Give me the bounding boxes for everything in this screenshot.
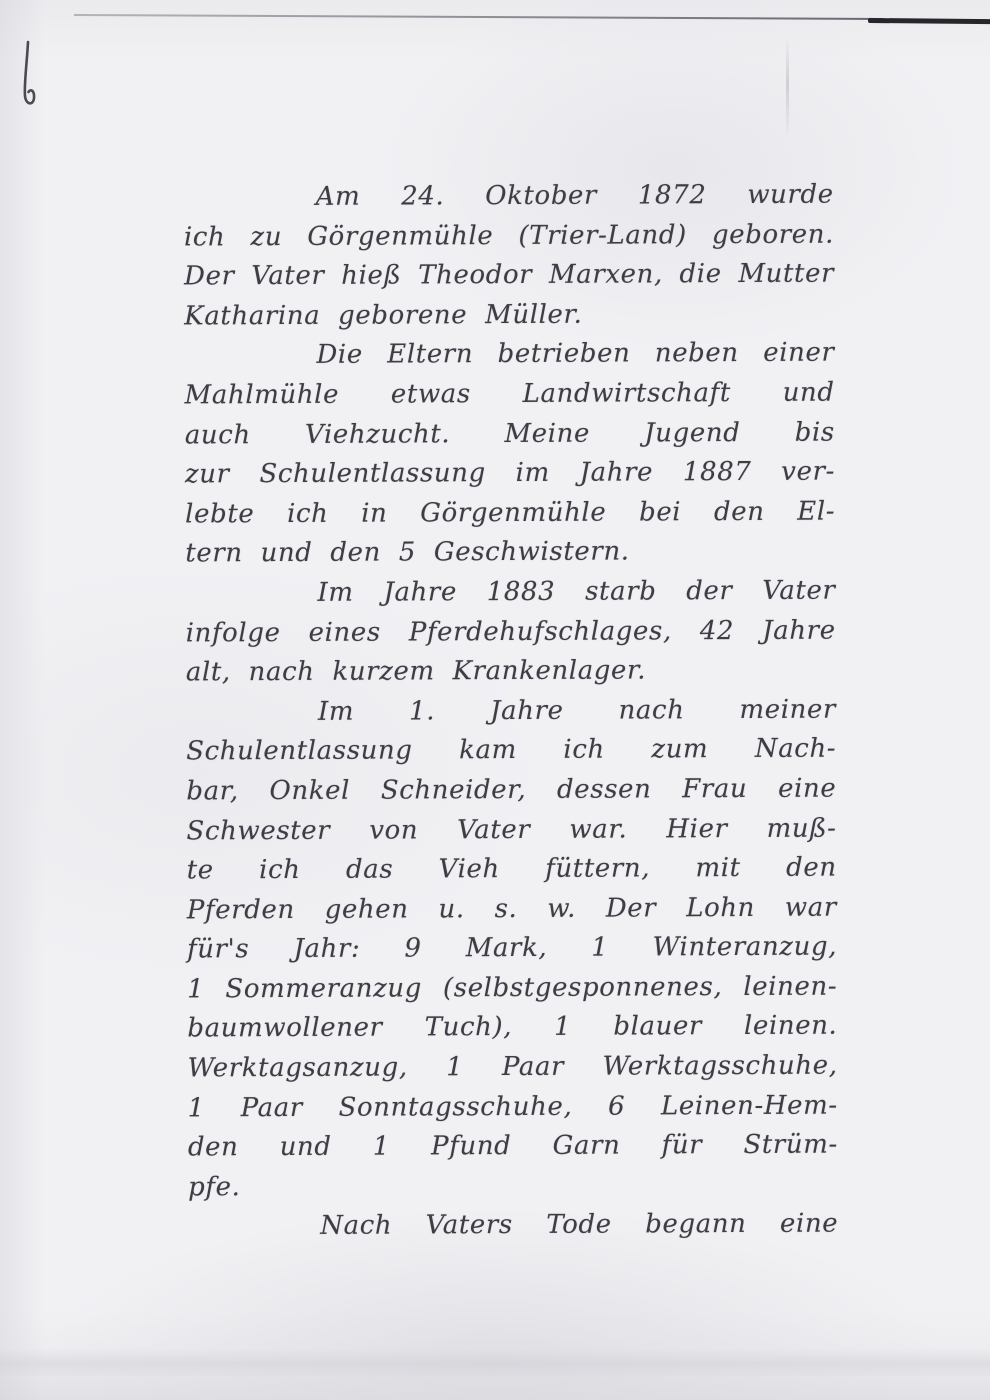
handwritten-line: Schwester von Vater war. Hier muß- <box>186 808 836 850</box>
handwritten-line: Mahlmühle etwas Landwirtschaft und <box>185 373 835 415</box>
handwritten-line: lebte ich in Görgenmühle bei den El- <box>185 491 835 533</box>
handwritten-line: Die Eltern betrieben neben einer <box>184 333 834 375</box>
handwritten-line: baumwollener Tuch), 1 blauer leinen. <box>187 1006 837 1048</box>
handwritten-line: tern und den 5 Geschwistern. <box>185 531 835 573</box>
handwritten-line: Am 24. Oktober 1872 wurde <box>184 175 834 217</box>
handwritten-text-block: Am 24. Oktober 1872 wurde ich zu Görgenm… <box>184 175 839 1247</box>
handwritten-line: pfe. <box>188 1164 838 1206</box>
handwritten-line: auch Viehzucht. Meine Jugend bis <box>185 412 835 454</box>
handwritten-line: Schulentlassung kam ich zum Nach- <box>186 729 836 771</box>
handwritten-line: 1 Paar Sonntagsschuhe, 6 Leinen-Hem- <box>188 1085 838 1127</box>
handwritten-line: alt, nach kurzem Krankenlager. <box>186 650 836 692</box>
scan-shading-band <box>0 1348 990 1376</box>
paper-crease <box>786 38 789 138</box>
ink-hook-mark <box>18 40 44 114</box>
handwritten-line: te ich das Vieh füttern, mit den <box>187 848 837 890</box>
handwritten-line: Im 1. Jahre nach meiner <box>186 689 836 731</box>
handwritten-line: Im Jahre 1883 starb der Vater <box>185 571 835 613</box>
handwritten-line: Pferden gehen u. s. w. Der Lohn war <box>187 887 837 929</box>
scan-edge-line <box>74 14 884 20</box>
handwritten-line: Katharina geborene Müller. <box>184 293 834 335</box>
handwritten-line: zur Schulentlassung im Jahre 1887 ver- <box>185 452 835 494</box>
handwritten-line: bar, Onkel Schneider, dessen Frau eine <box>186 768 836 810</box>
handwritten-line: infolge eines Pferdehufschlages, 42 Jahr… <box>186 610 836 652</box>
handwritten-line: Der Vater hieß Theodor Marxen, die Mutte… <box>184 254 834 296</box>
handwritten-line: Werktagsanzug, 1 Paar Werktagsschuhe, <box>187 1046 837 1088</box>
handwritten-line: 1 Sommeranzug (selbstgesponnenes, leinen… <box>187 966 837 1008</box>
handwritten-line: für's Jahr: 9 Mark, 1 Winteranzug, <box>187 927 837 969</box>
handwritten-line: den und 1 Pfund Garn für Strüm- <box>188 1125 838 1167</box>
handwritten-line: ich zu Görgenmühle (Trier-Land) geboren. <box>184 214 834 256</box>
scanned-page: Am 24. Oktober 1872 wurde ich zu Görgenm… <box>0 0 990 1400</box>
handwritten-line: Nach Vaters Tode begann eine <box>188 1204 838 1246</box>
scan-edge-line-dark-segment <box>868 18 990 24</box>
